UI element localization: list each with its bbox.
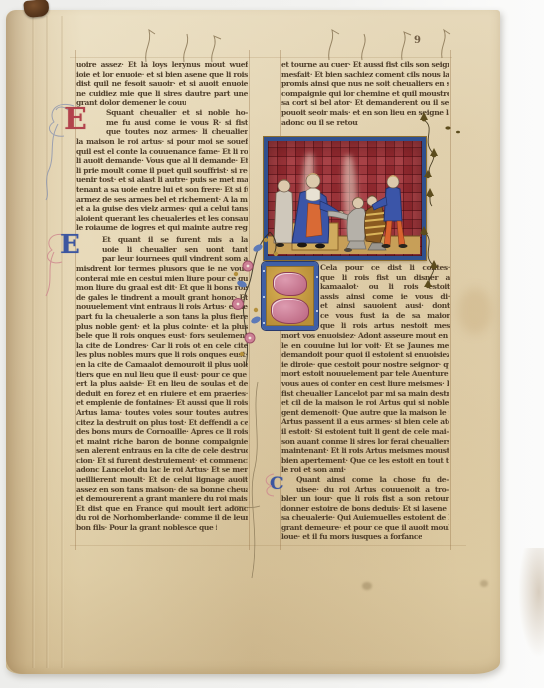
text-line: quil est el conte la couuenance fame· Et… <box>76 147 248 157</box>
text-line: deduit en forez et en riuiere et em prae… <box>76 389 248 399</box>
text-line: adonc Lancelot du lac le roi Artus· Et s… <box>76 465 248 475</box>
folio-number: 9 <box>414 36 421 46</box>
text-line: sen alerent entraus en la cite de cele d… <box>76 446 248 456</box>
text-line: il estoit· Si estoient tuit li gent de c… <box>281 427 449 437</box>
text-line: des bons murs de Cornoaille· Apres ce li… <box>76 427 248 437</box>
right-column-block-1: et tourne au cuer· Et aussi fist cils so… <box>281 60 449 127</box>
text-line: dist quil ne fesoit sauoir· et si auoit … <box>76 79 248 89</box>
parchment-spot <box>480 580 488 587</box>
text-line: tenant a sa uoie entre lui et son frere·… <box>76 185 248 195</box>
text-line: pouoit seoir mais· et en son lieu en sei… <box>281 108 449 118</box>
text-line: grant dolor demener le couuint: <box>76 98 186 108</box>
right-column-block-2: Cela pour ce dist li contes·que li rois … <box>320 263 450 330</box>
parchment-stain <box>458 288 492 334</box>
illuminated-initial-a <box>262 262 318 330</box>
text-line: Et dist que en France qui moult iert ado… <box>76 504 248 514</box>
text-line: tiers que en nul lieu que il eust· pour … <box>76 370 248 380</box>
photo-backdrop: 9 uoire assez· Et la loys lerynus mout w… <box>0 0 544 688</box>
text-line: cion· Et si furent destruiement· et comm… <box>76 456 248 466</box>
text-line: nouuelement vint entraus li rois Artus· … <box>76 302 248 312</box>
text-line: et emplenie de fontaines· Et aussi que l… <box>76 398 248 408</box>
initial-e-blue: E <box>60 231 80 259</box>
text-line: part fu la cheualerie a son tans la plus… <box>76 312 248 322</box>
text-line: Artus lama· toutes voies sour toutes aut… <box>76 408 248 418</box>
text-line: kamaalot· ou li rois estoit <box>320 282 450 292</box>
text-line: et tourne au cuer· Et aussi fist cils so… <box>281 60 449 70</box>
text-line: Artus passent il a eus armes· si bien ce… <box>281 417 449 427</box>
text-line: misdrent lor termes plusors que ie ne vo… <box>76 264 248 274</box>
initial-c-blue: C <box>270 474 294 496</box>
text-line: uenir tost· et si alast li autre· puis s… <box>76 175 248 185</box>
left-column-block-2: Squant cheualier et si noble ho-me fu au… <box>106 108 248 137</box>
text-line: sa cheualerie· Qui Auiemuelles estoient … <box>281 513 449 523</box>
text-line: en la cite de Camaalot demouroit il plus… <box>76 360 248 370</box>
text-line: Cela pour ce dist li contes· <box>320 263 450 273</box>
backdrop-shadow <box>518 548 544 658</box>
text-line: bien apertement· Que ce les estoit en to… <box>281 456 449 466</box>
text-line: mesfait· Et bien sachiez coment cils nou… <box>281 70 449 80</box>
text-line: vous aues oi conter en cest liure meisme… <box>281 379 449 389</box>
text-line: promis ainsi que nus ne soit cheualiers … <box>281 79 449 89</box>
text-line: grant demeure· et pour ce que il auoit m… <box>281 523 449 533</box>
text-line: citez la destruit on plus tost· Et deffe… <box>76 418 248 428</box>
text-line: bon fils· Pour la grant noblesce que il … <box>76 523 217 533</box>
text-line: bler un iour· que li rois fist a son ret… <box>281 494 449 504</box>
right-column-block-5: bler un iour· que li rois fist a son ret… <box>281 494 449 542</box>
text-line: de gales le tindrent a moult grant honor… <box>76 293 248 303</box>
text-line: le roiaume de logres et qui mainte autre… <box>76 223 248 233</box>
text-line: et demourerent a grant maniere du roi ma… <box>76 494 248 504</box>
text-line: et a la guise des vielz armes· qui a cel… <box>76 204 248 214</box>
ruling-line <box>70 57 452 58</box>
text-line: uoire assez· Et la loys lerynus mout wue… <box>76 60 248 70</box>
text-line: les plus nobles murs que li rois onques … <box>76 350 248 360</box>
text-line: uoie li cheualier sen uont tant <box>102 245 248 255</box>
text-line: que li rois artus nestoit mes <box>320 321 450 331</box>
text-line: donner estoire de bons deduis· Et si las… <box>281 504 449 514</box>
text-line: loue· et il fu mors iusques a forfance· <box>281 532 422 542</box>
text-line: ueillierent moult· Et de celui lignage a… <box>76 475 248 485</box>
text-line: Quant ainsi come la chose fu de- <box>296 475 449 485</box>
text-line: son auant conme li sires lor ferai cheua… <box>281 437 449 447</box>
text-line: compaignie qui lor chemine et quil moust… <box>281 89 449 99</box>
text-line: Et quant il se furent mis a la <box>102 235 248 245</box>
text-line: la maison le roi artus· si pour moi se s… <box>76 137 248 147</box>
left-column-block-5: misdrent lor termes plusors que ie ne vo… <box>76 264 248 533</box>
initial-e-red: E <box>64 104 87 136</box>
ruling-line <box>249 50 250 550</box>
text-line: li prie moult come il puet quil souffris… <box>76 166 248 176</box>
text-line: aloient querant les cheualeries et les c… <box>76 214 248 224</box>
initial-a-upper-lobe <box>273 272 307 296</box>
text-line: me fu ausi come ie vous R· si fist <box>106 118 248 128</box>
spine-crease <box>32 16 35 668</box>
text-line: la cite de Londres· Car li rois ot en ce… <box>76 341 248 351</box>
text-line: Squant cheualier et si noble ho- <box>106 108 248 118</box>
text-line: ne cuidiez mie que li sires dautre part … <box>76 89 248 99</box>
left-column-block-4: Et quant il se furent mis a lauoie li ch… <box>102 235 248 264</box>
text-line: sa cort si bel ator· Et demanderent ou i… <box>281 98 449 108</box>
text-line: et maint riche baron de bonne compaignie <box>76 437 248 447</box>
text-line: conterai mie en cestui mien liure pour c… <box>76 274 248 284</box>
right-column-block-4: Quant ainsi come la chose fu de-uisee· d… <box>296 475 449 494</box>
text-line: demandoit pour quoi il estoient si enuoi… <box>281 350 449 360</box>
text-line: que toutes noz armes· li cheualier <box>106 127 248 137</box>
left-column-block-1: uoire assez· Et la loys lerynus mout wue… <box>76 60 248 108</box>
text-line: mon liure du graal est dit· Et que li bo… <box>76 283 248 293</box>
text-line: plus noble gent· et la plus cointe· et l… <box>76 322 248 332</box>
text-line: et cil de la maison le roi Artus qui si … <box>281 398 449 408</box>
text-line: fist cheualier Lancelot par mi sa main d… <box>281 389 449 399</box>
text-line: uisee· du roi Artus couuenoit a tro- <box>296 485 449 495</box>
text-line: mort vos enuoisiez· Adont asseure mout e… <box>281 331 449 341</box>
text-line: li auoit demande· Vous que al li demande… <box>76 156 248 166</box>
text-line: le en couuine lui lor voit· Et se Jaunes… <box>281 341 449 351</box>
spine-crease <box>46 16 49 668</box>
text-line: ert la plus aaisie· Et en lieu de soulas… <box>76 379 248 389</box>
text-line: gent demenoit· Que autre que la maison l… <box>281 408 449 418</box>
text-line: que li rois fist un disner a <box>320 273 450 283</box>
right-column-block-3: mort vos enuoisiez· Adont asseure mout e… <box>281 331 449 475</box>
text-line: assez en son tans maison· de sa bonne ch… <box>76 485 248 495</box>
miniature-panel <box>264 137 426 260</box>
manuscript-page: 9 uoire assez· Et la loys lerynus mout w… <box>6 10 500 674</box>
text-line: et ainsi sauoient ausi· dont <box>320 301 450 311</box>
text-line: maintenant· Et li rois Artus meismes mou… <box>281 446 449 456</box>
miniature-attendant-figure <box>274 179 293 247</box>
text-line: adonc ou il se retournast· <box>281 118 358 128</box>
text-line: du roi de Norhomberlande· comme il de le… <box>76 513 248 523</box>
ruling-line <box>450 50 451 550</box>
text-line: ie diroie· que cestoit pour nostre seign… <box>281 360 449 370</box>
text-line: par leur iournees quil vindrent som a <box>102 254 248 264</box>
text-line: mort estoit nouuelement par tele Auentur… <box>281 369 449 379</box>
ruling-line <box>70 545 466 546</box>
initial-a-lower-lobe <box>271 298 309 324</box>
miniature-scene <box>268 141 420 254</box>
parchment-spot <box>362 582 372 590</box>
text-line: bele que li rois onques eust· fors seule… <box>76 331 248 341</box>
text-line: assis ainsi come ie vous di· <box>320 292 450 302</box>
text-line: armez de ses armes bel et richement· A l… <box>76 195 248 205</box>
left-column-block-3: la maison le roi artus· si pour moi se s… <box>76 137 248 233</box>
cadel-flourishes <box>124 24 454 64</box>
text-line: ioie et lor enuoie· et si bien asene que… <box>76 70 248 80</box>
text-line: ce vous fust ia de sa maior <box>320 311 450 321</box>
